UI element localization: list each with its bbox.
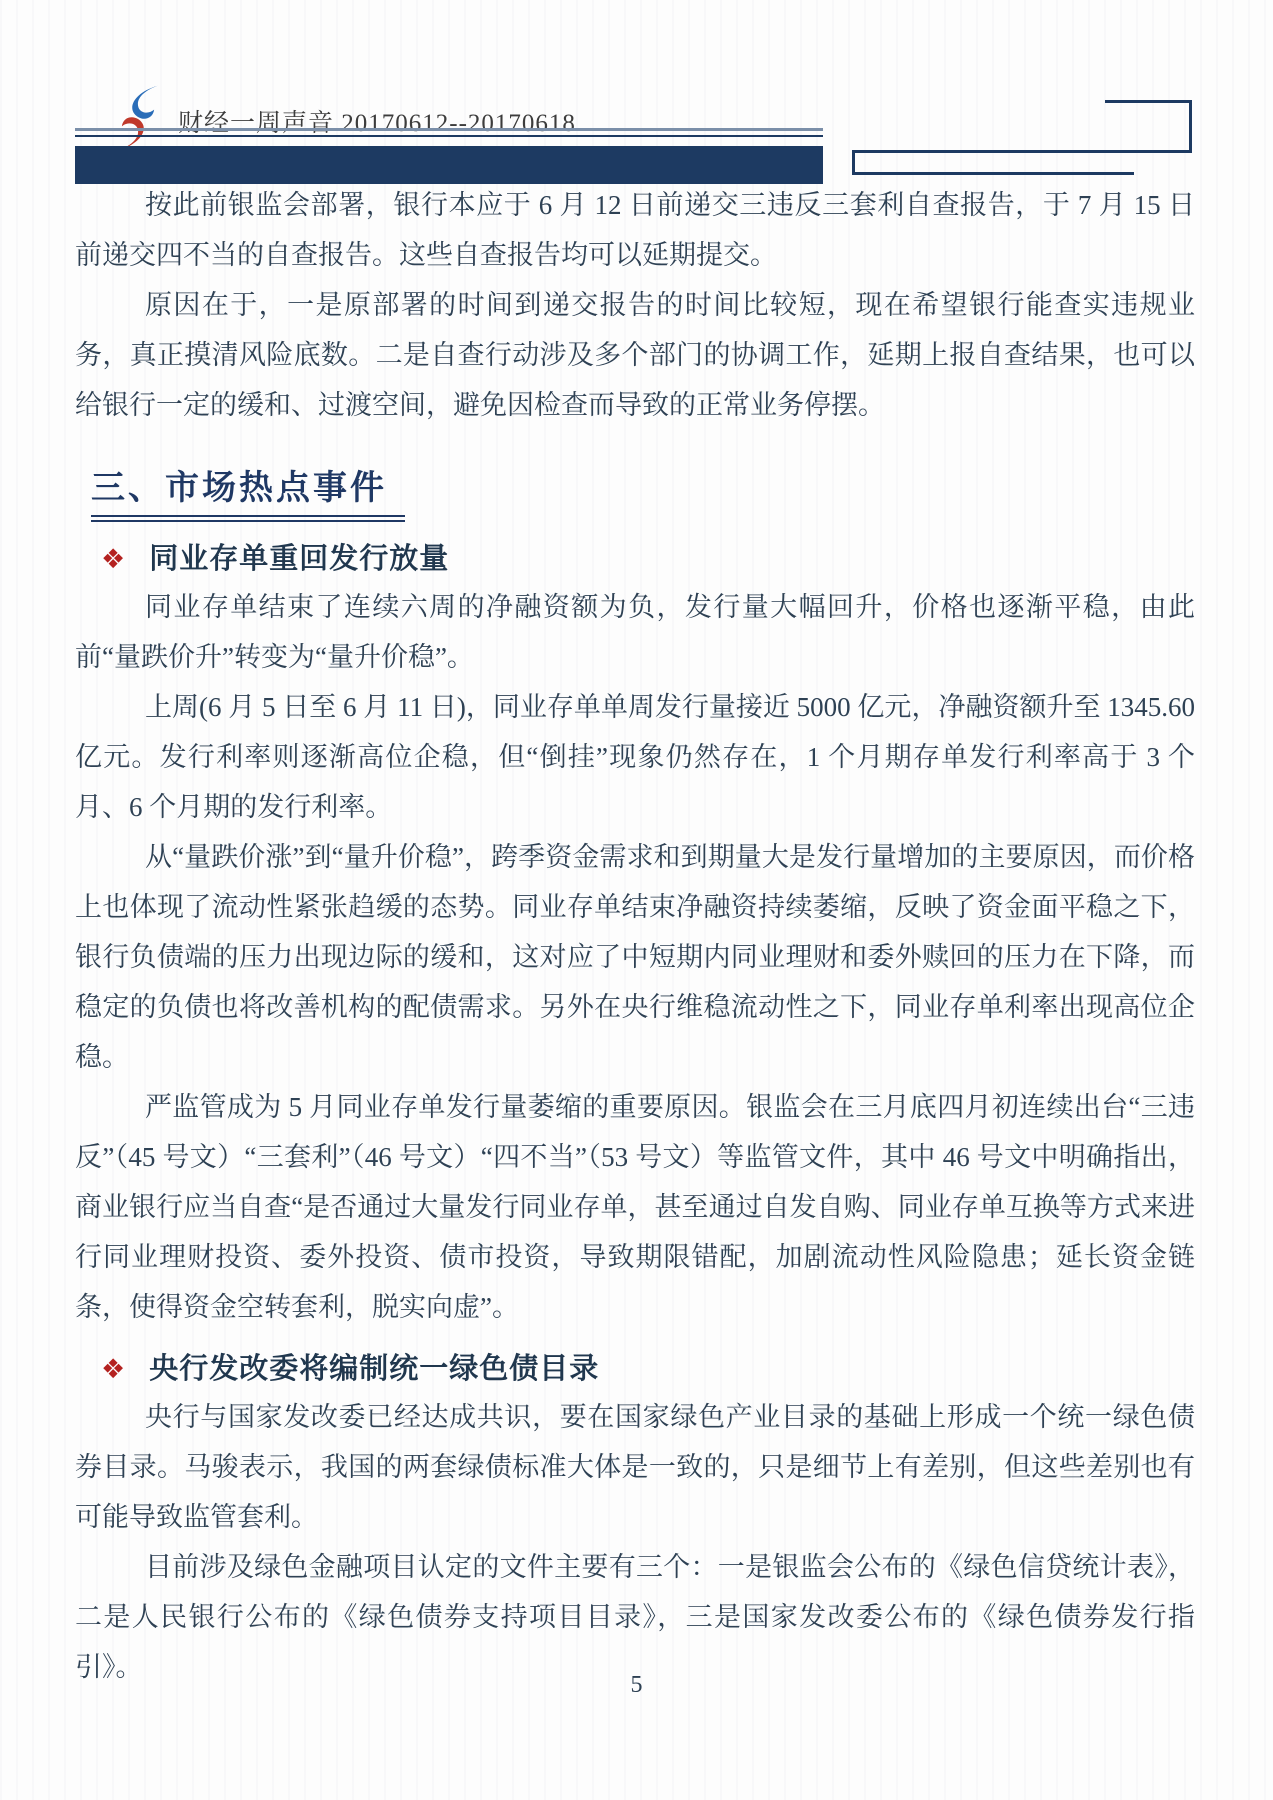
bullet-heading-row: ❖ 央行发改委将编制统一绿色债目录	[101, 1348, 1195, 1390]
paragraph: 按此前银监会部署，银行本应于 6 月 12 日前递交三违反三套利自查报告，于 7…	[75, 180, 1195, 280]
page-number: 5	[0, 1672, 1273, 1699]
bullet-heading: 央行发改委将编制统一绿色债目录	[149, 1348, 599, 1390]
paragraph: 央行与国家发改委已经达成共识，要在国家绿色产业目录的基础上形成一个统一绿色债券目…	[75, 1392, 1195, 1542]
header-banner	[75, 146, 823, 184]
logo-blue-swoosh	[132, 86, 158, 119]
paragraph: 同业存单结束了连续六周的净融资额为负，发行量大幅回升，价格也逐渐平稳，由此前“量…	[75, 582, 1195, 682]
document-body: 按此前银监会部署，银行本应于 6 月 12 日前递交三违反三套利自查报告，于 7…	[75, 180, 1195, 1692]
paragraph: 原因在于，一是原部署的时间到递交报告的时间比较短，现在希望银行能查实违规业务，真…	[75, 280, 1195, 430]
paragraph: 目前涉及绿色金融项目认定的文件主要有三个：一是银监会公布的《绿色信贷统计表》，二…	[75, 1542, 1195, 1692]
diamond-bullet-icon: ❖	[101, 1356, 125, 1383]
bullet-heading-row: ❖ 同业存单重回发行放量	[101, 538, 1195, 580]
decorative-outline-top-right	[1105, 100, 1192, 153]
paragraph: 严监管成为 5 月同业存单发行量萎缩的重要原因。银监会在三月底四月初连续出台“三…	[75, 1082, 1195, 1332]
diamond-bullet-icon: ❖	[101, 546, 125, 573]
paragraph: 从“量跌价涨”到“量升价稳”，跨季资金需求和到期量大是发行量增加的主要原因，而价…	[75, 832, 1195, 1082]
header-rule	[75, 128, 823, 137]
bullet-heading: 同业存单重回发行放量	[149, 538, 449, 580]
paragraph: 上周(6 月 5 日至 6 月 11 日)，同业存单单周发行量接近 5000 亿…	[75, 682, 1195, 832]
brand-logo-icon	[112, 82, 164, 154]
decorative-line-right	[852, 172, 1134, 175]
document-page: 财经一周声音 20170612--20170618 按此前银监会部署，银行本应于…	[0, 0, 1273, 1800]
section-heading-text: 三、市场热点事件	[91, 460, 405, 522]
section-heading: 三、市场热点事件	[91, 460, 1195, 522]
